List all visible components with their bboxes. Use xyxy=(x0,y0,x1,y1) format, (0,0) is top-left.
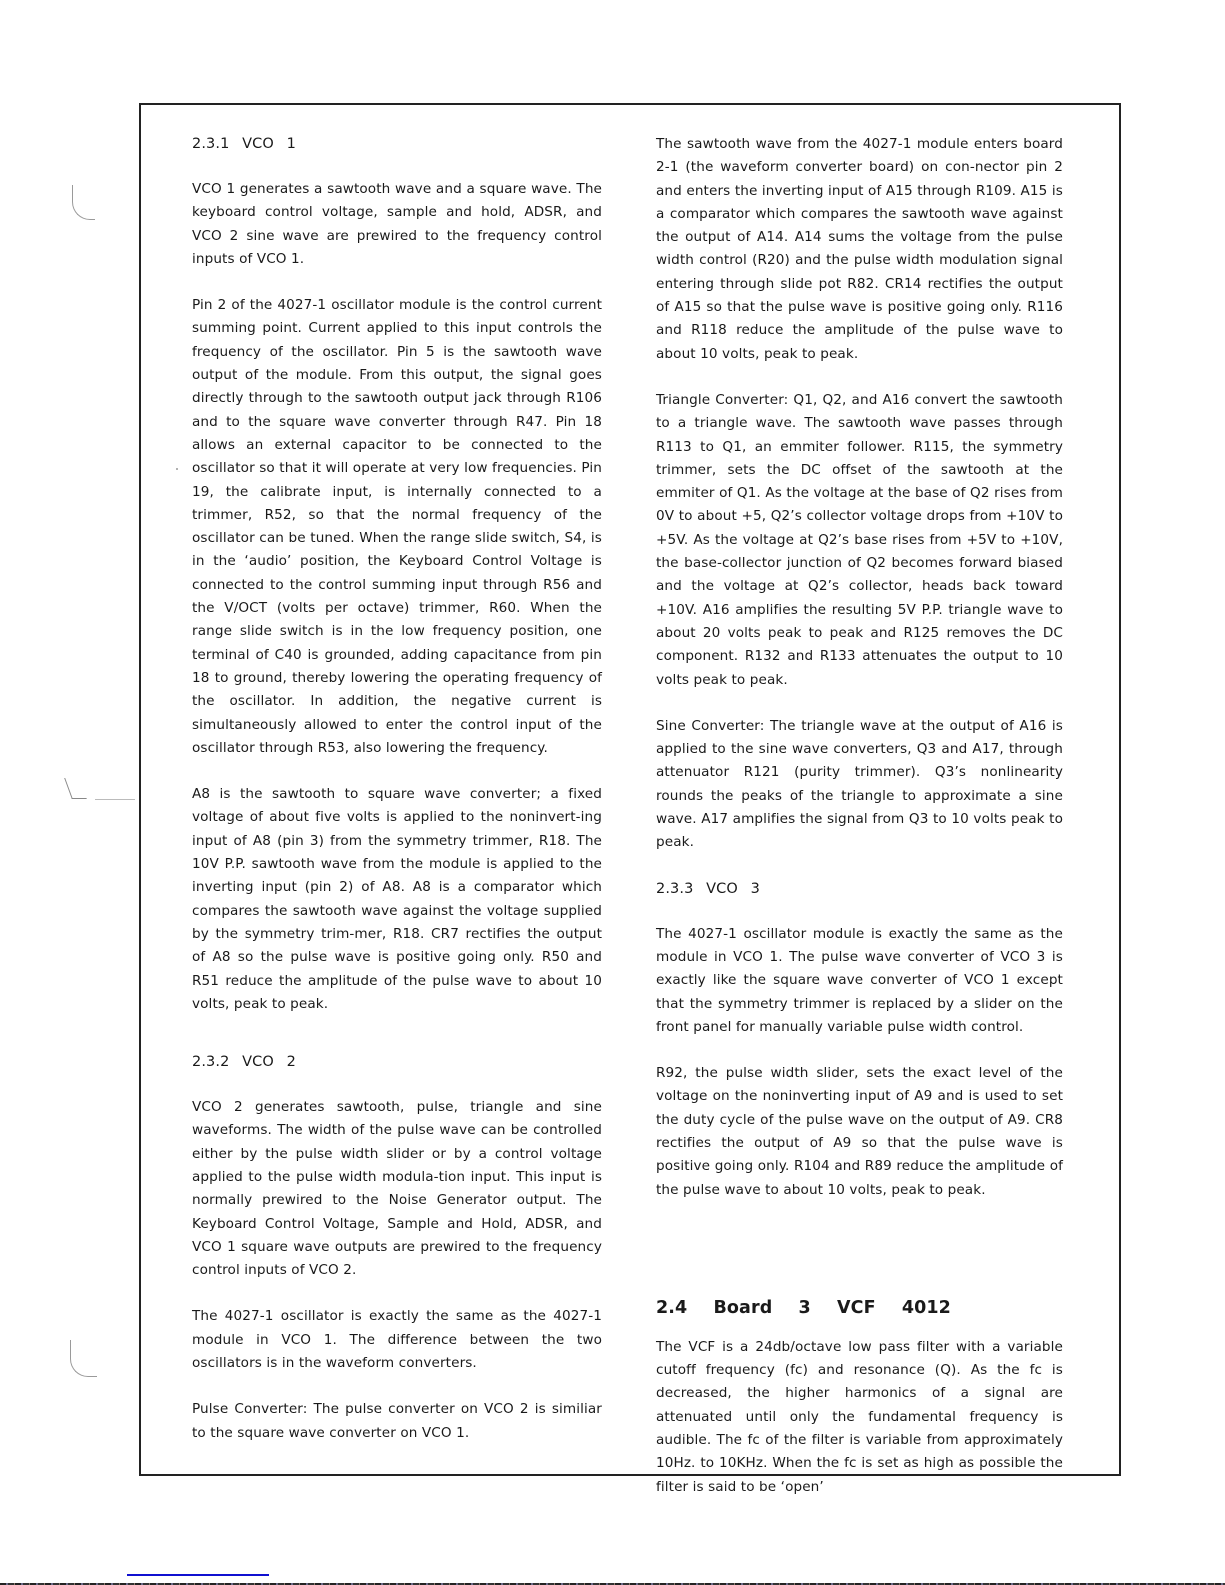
paragraph: The sawtooth wave from the 4027-1 module… xyxy=(656,133,1063,366)
section-heading: 2.3.1 VCO 1 xyxy=(192,133,602,156)
section-2-3-3-vco3: 2.3.3 VCO 3 The 4027-1 oscillator module… xyxy=(656,878,1063,1202)
left-column: 2.3.1 VCO 1 VCO 1 generates a sawtooth w… xyxy=(192,133,602,1468)
section-heading: 2.3.3 VCO 3 xyxy=(656,878,1063,901)
section-2-3-2-vco2: 2.3.2 VCO 2 VCO 2 generates sawtooth, pu… xyxy=(192,1051,602,1445)
paragraph: The VCF is a 24db/octave low pass filter… xyxy=(656,1336,1063,1499)
paragraph: R92, the pulse width slider, sets the ex… xyxy=(656,1062,1063,1202)
paragraph: Sine Converter: The triangle wave at the… xyxy=(656,715,1063,855)
margin-pencil-mark xyxy=(64,778,87,799)
paragraph: The 4027-1 oscillator is exactly the sam… xyxy=(192,1305,602,1375)
paragraph: VCO 1 generates a sawtooth wave and a sq… xyxy=(192,178,602,271)
viewer-link-underline[interactable] xyxy=(127,1574,269,1576)
paragraph: The 4027-1 oscillator module is exactly … xyxy=(656,923,1063,1039)
right-column: The sawtooth wave from the 4027-1 module… xyxy=(656,133,1063,1522)
paragraph: A8 is the sawtooth to square wave conver… xyxy=(192,783,602,1016)
vco2-converters-continued: The sawtooth wave from the 4027-1 module… xyxy=(656,133,1063,855)
major-section-heading: 2.4 Board 3 VCF 4012 xyxy=(656,1297,1063,1320)
paragraph: VCO 2 generates sawtooth, pulse, triangl… xyxy=(192,1096,602,1282)
paragraph: Pulse Converter: The pulse converter on … xyxy=(192,1398,602,1445)
margin-pencil-dash xyxy=(95,799,135,800)
spacer xyxy=(656,1225,1063,1297)
scan-speck xyxy=(176,468,178,470)
spacer xyxy=(192,1039,602,1051)
section-heading: 2.3.2 VCO 2 xyxy=(192,1051,602,1074)
binder-hole-mark-top xyxy=(72,185,95,220)
paragraph: Triangle Converter: Q1, Q2, and A16 conv… xyxy=(656,389,1063,692)
binder-hole-mark-bottom xyxy=(70,1340,97,1377)
section-2-4-vcf: 2.4 Board 3 VCF 4012 The VCF is a 24db/o… xyxy=(656,1297,1063,1499)
section-2-3-1-vco1: 2.3.1 VCO 1 VCO 1 generates a sawtooth w… xyxy=(192,133,602,1016)
paragraph: Pin 2 of the 4027-1 oscillator module is… xyxy=(192,294,602,760)
